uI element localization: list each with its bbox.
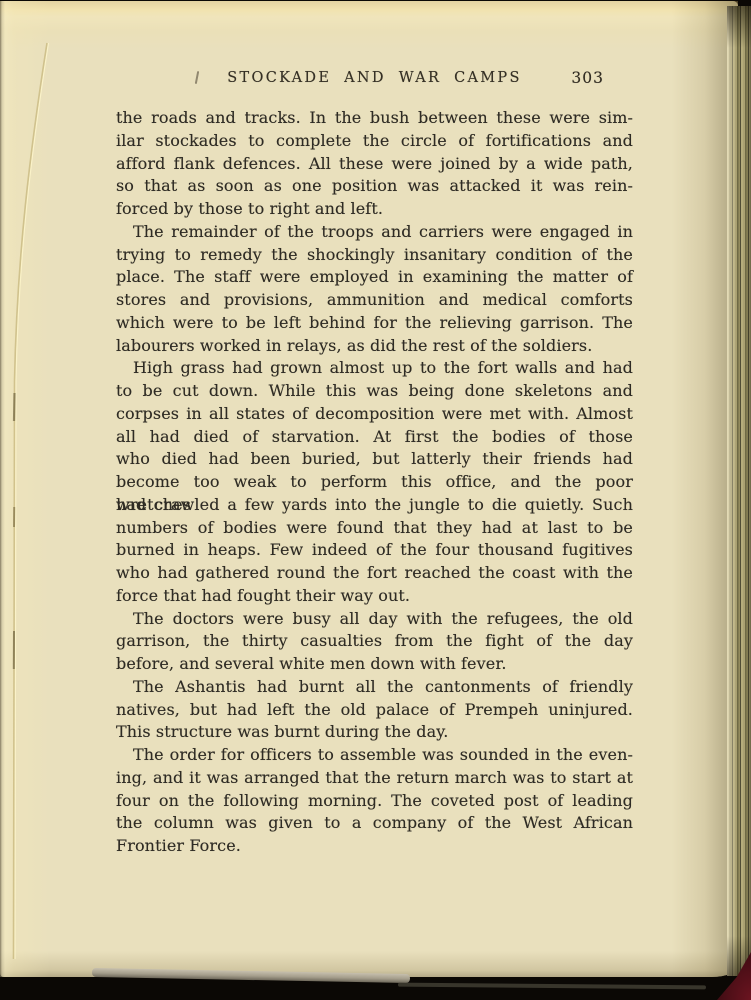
page-header: STOCKADE AND WAR CAMPS 303 bbox=[116, 70, 633, 92]
text-line: all had died of starvation. At first the… bbox=[116, 426, 633, 449]
paragraph: The remainder of the troops and carriers… bbox=[116, 221, 633, 358]
text-line: which were to be left behind for the rel… bbox=[116, 312, 633, 335]
text-line: garrison, the thirty casualties from the… bbox=[116, 630, 633, 653]
text-line: stores and provisions, ammunition and me… bbox=[116, 289, 633, 312]
paragraph: The order for officers to assemble was s… bbox=[116, 744, 633, 858]
text-line: so that as soon as one position was atta… bbox=[116, 175, 633, 198]
text-line: burned in heaps. Few indeed of the four … bbox=[116, 539, 633, 562]
text-line: afford flank defences. All these were jo… bbox=[116, 153, 633, 176]
paragraph: The Ashantis had burnt all the cantonmen… bbox=[116, 676, 633, 744]
gutter-crease bbox=[0, 1, 70, 977]
text-line: to be cut down. While this was being don… bbox=[116, 380, 633, 403]
fore-edge-page-stack bbox=[727, 6, 751, 976]
text-line: High grass had grown almost up to the fo… bbox=[116, 357, 633, 380]
page-block-bottom-edge-faint bbox=[398, 983, 706, 990]
text-line: ilar stockades to complete the circle of… bbox=[116, 130, 633, 153]
text-line: labourers worked in relays, as did the r… bbox=[116, 335, 633, 358]
text-line: the roads and tracks. In the bush betwee… bbox=[116, 107, 633, 130]
text-line: natives, but had left the old palace of … bbox=[116, 699, 633, 722]
page-top-sheen bbox=[0, 1, 738, 49]
text-line: who had gathered round the fort reached … bbox=[116, 562, 633, 585]
text-line: The doctors were busy all day with the r… bbox=[116, 608, 633, 631]
text-line: Frontier Force. bbox=[116, 835, 633, 858]
paragraph: High grass had grown almost up to the fo… bbox=[116, 357, 633, 607]
text-line: This structure was burnt during the day. bbox=[116, 721, 633, 744]
page-gutter bbox=[0, 1, 58, 977]
book-page: STOCKADE AND WAR CAMPS 303 the roads and… bbox=[0, 1, 738, 977]
paragraph: the roads and tracks. In the bush betwee… bbox=[116, 107, 633, 221]
text-line: The Ashantis had burnt all the cantonmen… bbox=[116, 676, 633, 699]
text-line: before, and several white men down with … bbox=[116, 653, 633, 676]
text-block: the roads and tracks. In the bush betwee… bbox=[116, 107, 633, 858]
text-line: trying to remedy the shockingly insanita… bbox=[116, 244, 633, 267]
text-line: had crawled a few yards into the jungle … bbox=[116, 494, 633, 517]
page-number: 303 bbox=[571, 69, 604, 87]
paragraph: The doctors were busy all day with the r… bbox=[116, 608, 633, 676]
text-line: ing, and it was arranged that the return… bbox=[116, 767, 633, 790]
text-line: The remainder of the troops and carriers… bbox=[116, 221, 633, 244]
text-line: four on the following morning. The covet… bbox=[116, 790, 633, 813]
text-line: who died had been buried, but latterly t… bbox=[116, 448, 633, 471]
text-line: corpses in all states of decomposition w… bbox=[116, 403, 633, 426]
text-line: become too weak to perform this office, … bbox=[116, 471, 633, 494]
text-line: forced by those to right and left. bbox=[116, 198, 633, 221]
text-line: numbers of bodies were found that they h… bbox=[116, 517, 633, 540]
book-scan: STOCKADE AND WAR CAMPS 303 the roads and… bbox=[0, 0, 751, 1000]
text-line: place. The staff were employed in examin… bbox=[116, 266, 633, 289]
text-line: The order for officers to assemble was s… bbox=[116, 744, 633, 767]
running-header-title: STOCKADE AND WAR CAMPS bbox=[116, 70, 633, 86]
text-line: the column was given to a company of the… bbox=[116, 812, 633, 835]
text-line: force that had fought their way out. bbox=[116, 585, 633, 608]
